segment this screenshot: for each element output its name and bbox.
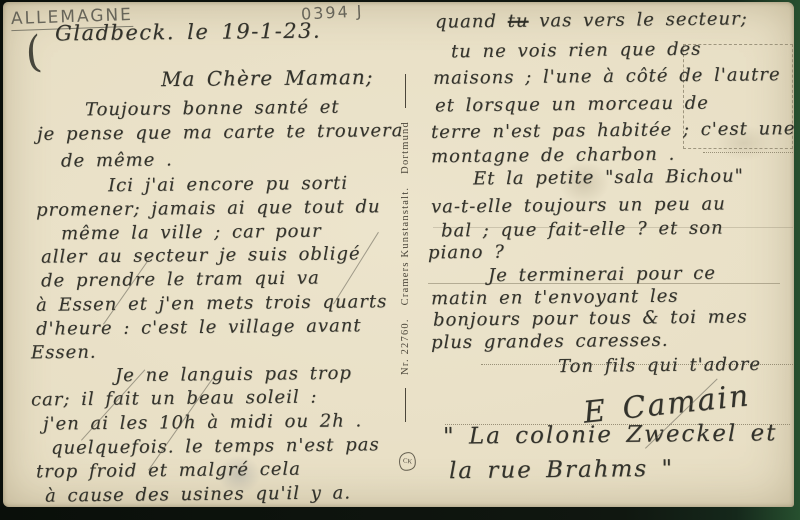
message-line: à Essen et j'en mets trois quarts — [36, 291, 388, 316]
message-line: de prendre le tram qui va — [41, 268, 320, 292]
dateline: Gladbeck. le 19-1-23. — [55, 19, 321, 46]
message-line: quelquefois. le temps n'est pas — [51, 434, 380, 458]
imprint-number: Nr. 22760. — [400, 318, 411, 375]
message-line: maisons ; l'une à côté de l'autre — [433, 64, 781, 89]
message-line: je pense que ma carte te trouvera — [37, 120, 404, 145]
message-line: à cause des usines qu'il y a. — [45, 482, 351, 506]
message-line: matin en t'envoyant les — [431, 286, 679, 310]
message-line: va-t-elle toujours un peu au — [431, 193, 726, 217]
imprint-publisher: Cramers Kunstanstalt. — [400, 187, 411, 306]
message-line: car; il fait un beau soleil : — [31, 387, 318, 411]
message-line: d'heure : c'est le village avant — [36, 315, 362, 339]
flourish-mark: ( — [19, 27, 48, 79]
message-line: Ton fils qui t'adore — [558, 354, 761, 377]
message-line: de même . — [61, 149, 173, 171]
message-line: plus grandes caresses. — [431, 330, 669, 353]
message-line: piano ? — [428, 242, 505, 264]
message-line: promener; jamais ai que tout du — [36, 196, 381, 221]
message-line: montagne de charbon . — [431, 144, 675, 168]
message-line: et lorsque un morceau de — [435, 93, 709, 117]
message-line: Je terminerai pour ce — [488, 263, 716, 286]
struck-word: tu — [508, 11, 529, 32]
publisher-logo-icon: CK — [398, 451, 418, 472]
message-line: aller au secteur je suis obligé — [41, 243, 361, 267]
imprint-dash — [405, 74, 406, 108]
caption-line: " La colonie Zweckel et — [443, 420, 778, 450]
message-line: trop froid et malgré cela — [36, 459, 301, 483]
message-line: Ici j'ai encore pu sorti — [108, 173, 348, 197]
message-line: bonjours pour tous & toi mes — [433, 306, 748, 330]
message-line: quand tu vas vers le secteur; — [435, 8, 748, 32]
message-line: Et la petite "sala Bichou" — [473, 166, 744, 190]
address-line — [703, 152, 793, 153]
imprint-dash — [405, 388, 406, 422]
message-line: Je ne languis pas trop — [115, 363, 352, 386]
salutation: Ma Chère Maman; — [161, 65, 374, 91]
message-line: tu ne vois rien que des — [451, 39, 702, 63]
message-word: quand — [435, 11, 508, 33]
message-line: bal ; que fait-elle ? et son — [441, 218, 724, 242]
caption-line: la rue Brahms " — [449, 456, 674, 484]
message-line: terre n'est pas habitée ; c'est une — [431, 118, 796, 143]
postcard-back: ALLEMAGNE 0394 J Gladbeck. le 19-1-23. (… — [3, 2, 794, 507]
imprint-city: Dortmund — [400, 121, 411, 174]
message-line: Toujours bonne santé et — [85, 97, 340, 121]
message-word: vas vers le secteur; — [528, 8, 747, 31]
publisher-imprint: Nr. 22760. Cramers Kunstanstalt. Dortmun… — [397, 47, 413, 449]
message-line: j'en ai les 10h à midi ou 2h . — [43, 410, 362, 434]
message-line: même la ville ; car pour — [61, 221, 322, 245]
message-line: Essen. — [31, 342, 97, 364]
